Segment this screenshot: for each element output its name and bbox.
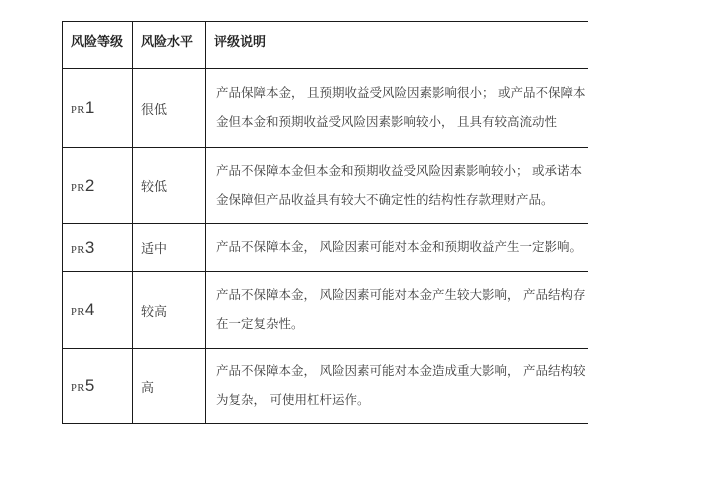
risk-grade-cell: PR5 bbox=[63, 349, 133, 424]
table-row: PR4 较高 产品不保障本金， 风险因素可能对本金产生较大影响， 产品结构存在一… bbox=[63, 272, 588, 349]
risk-grade-number: 3 bbox=[85, 238, 94, 257]
column-header-risk-grade: 风险等级 bbox=[63, 22, 133, 69]
risk-grade-cell: PR4 bbox=[63, 272, 133, 349]
risk-grade-cell: PR3 bbox=[63, 224, 133, 272]
risk-grade-number: 4 bbox=[85, 300, 94, 319]
risk-level-cell: 较高 bbox=[133, 272, 206, 349]
rating-description-cell: 产品不保障本金， 风险因素可能对本金造成重大影响， 产品结构较为复杂， 可使用杠… bbox=[206, 349, 588, 424]
column-header-risk-level: 风险水平 bbox=[133, 22, 206, 69]
risk-grade-prefix: PR bbox=[71, 183, 85, 194]
risk-rating-table: 风险等级 风险水平 评级说明 PR1 很低 产品保障本金， 且预期收益受风险因素… bbox=[62, 21, 588, 424]
risk-grade-cell: PR2 bbox=[63, 148, 133, 224]
rating-description-cell: 产品不保障本金， 风险因素可能对本金和预期收益产生一定影响。 bbox=[206, 224, 588, 272]
table-header-row: 风险等级 风险水平 评级说明 bbox=[63, 22, 588, 69]
rating-description-cell: 产品保障本金， 且预期收益受风险因素影响很小； 或产品不保障本金但本金和预期收益… bbox=[206, 69, 588, 148]
table-row: PR3 适中 产品不保障本金， 风险因素可能对本金和预期收益产生一定影响。 bbox=[63, 224, 588, 272]
risk-level-cell: 适中 bbox=[133, 224, 206, 272]
risk-grade-prefix: PR bbox=[71, 245, 85, 256]
table-row: PR2 较低 产品不保障本金但本金和预期收益受风险因素影响较小； 或承诺本金保障… bbox=[63, 148, 588, 224]
risk-level-cell: 高 bbox=[133, 349, 206, 424]
risk-level-cell: 很低 bbox=[133, 69, 206, 148]
risk-level-cell: 较低 bbox=[133, 148, 206, 224]
risk-grade-cell: PR1 bbox=[63, 69, 133, 148]
risk-grade-number: 5 bbox=[85, 376, 94, 395]
column-header-rating-description: 评级说明 bbox=[206, 22, 588, 69]
risk-grade-number: 1 bbox=[85, 98, 94, 117]
risk-grade-prefix: PR bbox=[71, 307, 85, 318]
rating-description-cell: 产品不保障本金， 风险因素可能对本金产生较大影响， 产品结构存在一定复杂性。 bbox=[206, 272, 588, 349]
table-row: PR1 很低 产品保障本金， 且预期收益受风险因素影响很小； 或产品不保障本金但… bbox=[63, 69, 588, 148]
rating-description-cell: 产品不保障本金但本金和预期收益受风险因素影响较小； 或承诺本金保障但产品收益具有… bbox=[206, 148, 588, 224]
risk-grade-number: 2 bbox=[85, 176, 94, 195]
risk-grade-prefix: PR bbox=[71, 105, 85, 116]
table-row: PR5 高 产品不保障本金， 风险因素可能对本金造成重大影响， 产品结构较为复杂… bbox=[63, 349, 588, 424]
risk-grade-prefix: PR bbox=[71, 383, 85, 394]
